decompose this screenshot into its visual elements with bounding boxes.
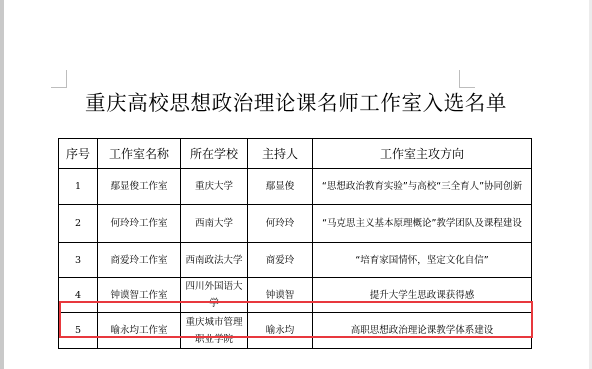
cell-school: 四川外国语大学 (181, 278, 248, 313)
table-row: 1 鄢显俊工作室 重庆大学 鄢显俊 “思想政治教育实验”与高校“三全育人”协同创… (59, 169, 532, 205)
cell-index: 5 (59, 313, 98, 349)
cell-direction: “培育家国情怀，坚定文化自信” (313, 243, 532, 278)
header-host: 主持人 (248, 139, 313, 169)
studio-list-table: 序号 工作室名称 所在学校 主持人 工作室主攻方向 1 鄢显俊工作室 重庆大学 … (58, 138, 532, 349)
cell-studio-name: 何玲玲工作室 (98, 205, 181, 243)
cell-index: 2 (59, 205, 98, 243)
header-index: 序号 (59, 139, 98, 169)
cell-direction: “思想政治教育实验”与高校“三全育人”协同创新 (313, 169, 532, 205)
header-studio-name: 工作室名称 (98, 139, 181, 169)
cell-direction: 高职思想政治理论课教学体系建设 (313, 313, 532, 349)
cell-host: 钟谟智 (248, 278, 313, 313)
header-school: 所在学校 (181, 139, 248, 169)
cell-host: 何玲玲 (248, 205, 313, 243)
table-row-highlighted: 5 喻永均工作室 重庆城市管理职业学院 喻永均 高职思想政治理论课教学体系建设 (59, 313, 532, 349)
cell-school: 重庆大学 (181, 169, 248, 205)
table-header-row: 序号 工作室名称 所在学校 主持人 工作室主攻方向 (59, 139, 532, 169)
cell-host: 商爱玲 (248, 243, 313, 278)
cell-index: 4 (59, 278, 98, 313)
cell-direction: “马克思主义基本原理概论”教学团队及课程建设 (313, 205, 532, 243)
cell-studio-name: 商爱玲工作室 (98, 243, 181, 278)
document-title: 重庆高校思想政治理论课名师工作室入选名单 (0, 86, 592, 116)
cell-host: 喻永均 (248, 313, 313, 349)
header-direction: 工作室主攻方向 (313, 139, 532, 169)
table-row: 3 商爱玲工作室 西南政法大学 商爱玲 “培育家国情怀，坚定文化自信” (59, 243, 532, 278)
cell-studio-name: 喻永均工作室 (98, 313, 181, 349)
cell-index: 3 (59, 243, 98, 278)
cell-index: 1 (59, 169, 98, 205)
table-row: 4 钟谟智工作室 四川外国语大学 钟谟智 提升大学生思政课获得感 (59, 278, 532, 313)
cell-studio-name: 鄢显俊工作室 (98, 169, 181, 205)
cell-school: 西南大学 (181, 205, 248, 243)
cell-school: 重庆城市管理职业学院 (181, 313, 248, 349)
cell-host: 鄢显俊 (248, 169, 313, 205)
cell-direction: 提升大学生思政课获得感 (313, 278, 532, 313)
cell-school: 西南政法大学 (181, 243, 248, 278)
table-row: 2 何玲玲工作室 西南大学 何玲玲 “马克思主义基本原理概论”教学团队及课程建设 (59, 205, 532, 243)
cell-studio-name: 钟谟智工作室 (98, 278, 181, 313)
